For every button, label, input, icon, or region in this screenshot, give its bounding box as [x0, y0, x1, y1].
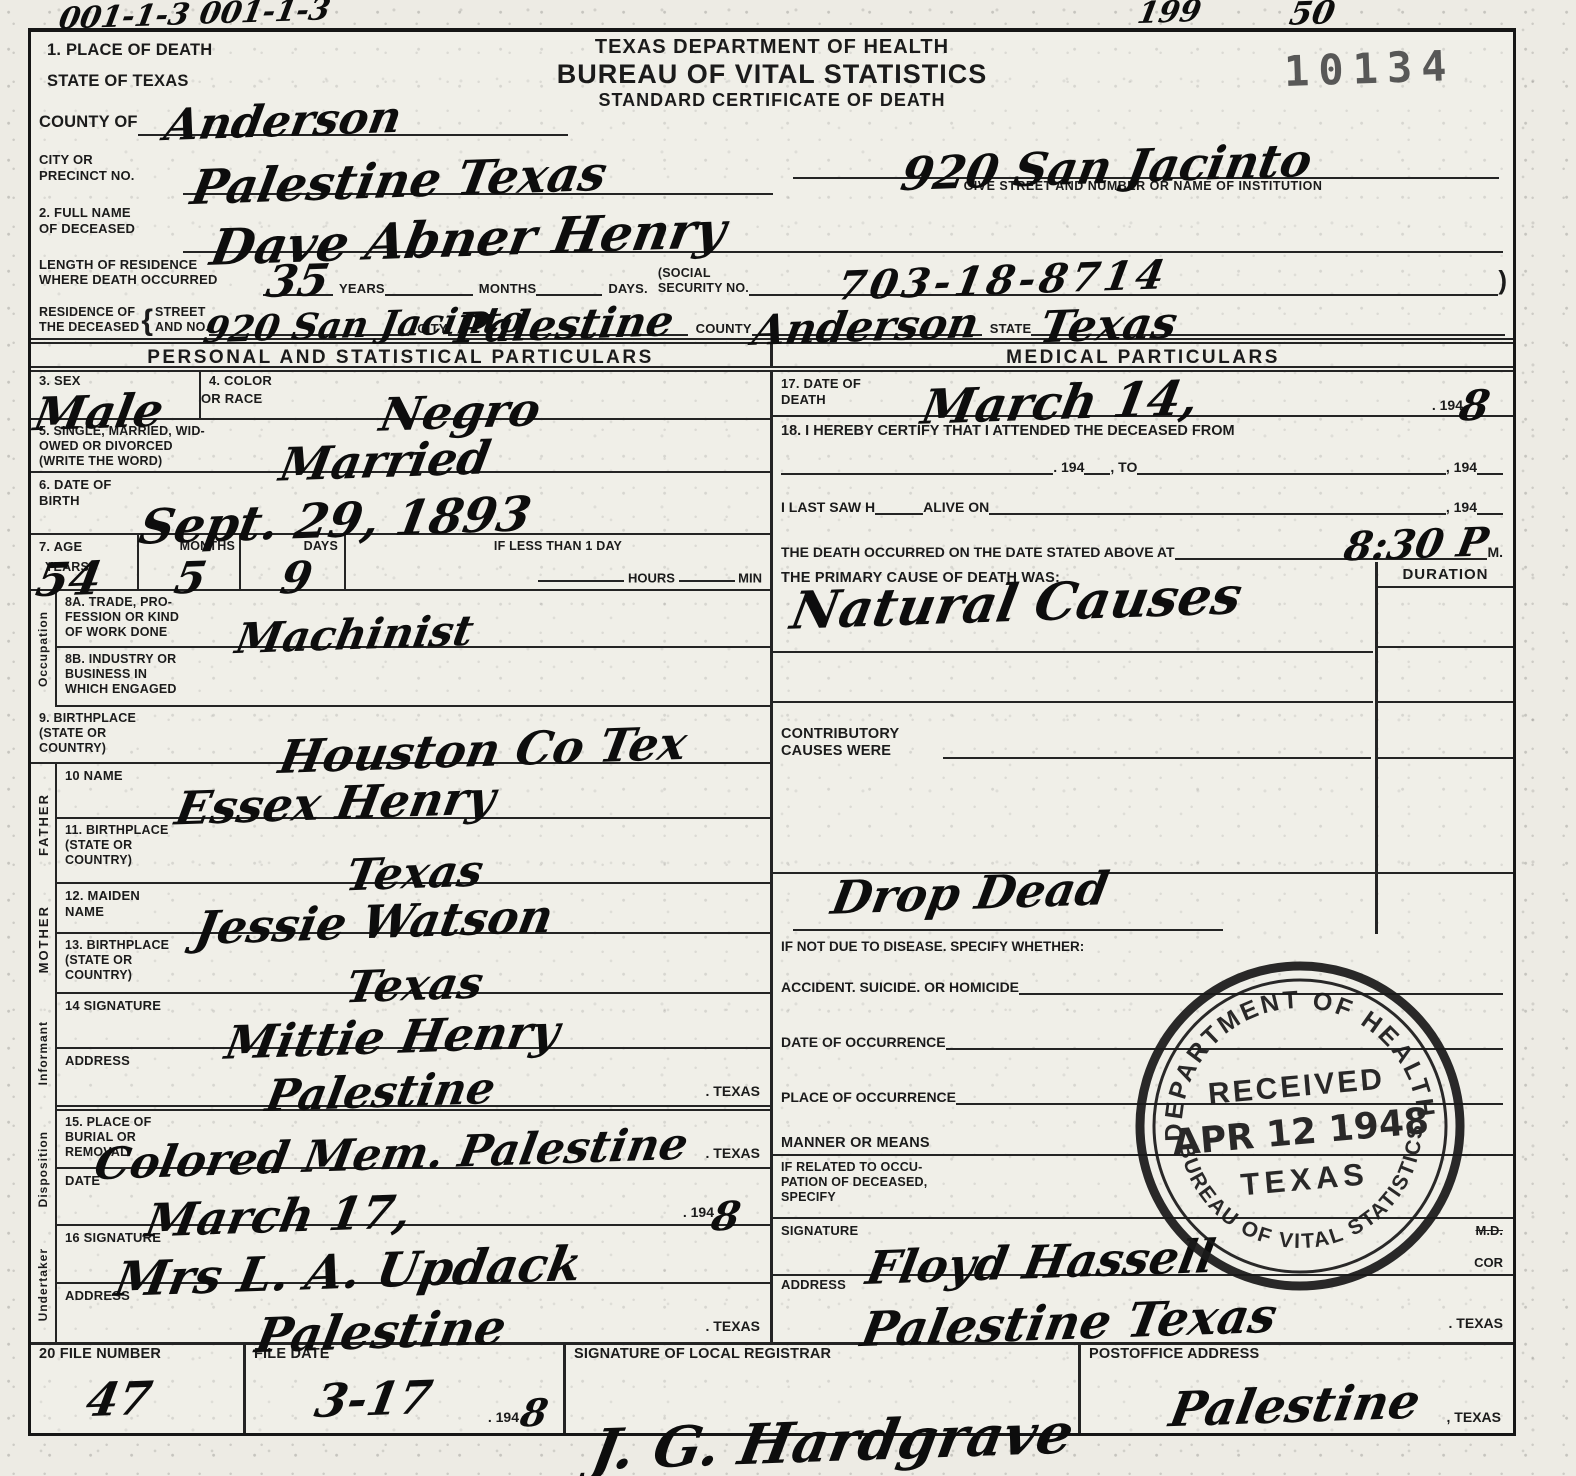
death-occurred-row: THE DEATH OCCURRED ON THE DATE STATED AB…	[773, 519, 1513, 564]
residence-county-handwriting: Anderson	[750, 305, 981, 348]
informant-signature-label: 14 SIGNATURE	[57, 994, 161, 1013]
top-left-code-handwriting: 001-1-3 001-1-3	[57, 0, 332, 32]
informant-address-label: ADDRESS	[57, 1049, 130, 1068]
manner-label: MANNER OR MEANS	[773, 1131, 930, 1154]
birthplace-handwriting: Houston Co Tex	[276, 724, 690, 777]
physician-address-suffix: . TEXAS	[1449, 1315, 1503, 1331]
sex-color-row: 3. SEX Male 4. COLOR OR RACE Negro	[31, 372, 770, 420]
days-blank	[536, 279, 602, 296]
maiden-name-label: 12. MAIDEN NAME	[57, 884, 140, 919]
years-label: YEARS	[333, 281, 385, 296]
father-name-label: 10 NAME	[57, 764, 123, 783]
city-precinct-label: CITY OR PRECINCT NO.	[31, 136, 183, 195]
specify-underline	[793, 929, 1223, 931]
informant-rows: 14 SIGNATURE Mittie Henry ADDRESS Palest…	[57, 994, 770, 1111]
disposition-side-label-cell: Disposition	[31, 1111, 57, 1226]
city-cell: CITY OR PRECINCT NO. Palestine Texas	[31, 136, 773, 195]
stamp-received-text: RECEIVED	[1207, 1062, 1387, 1110]
file-date-year-printed: . 194	[488, 1409, 519, 1425]
top-right-code-b-handwriting: 50	[1287, 0, 1337, 28]
file-date-year-handwriting: 8	[518, 1396, 550, 1429]
father-name-row: 10 NAME Essex Henry	[57, 764, 770, 819]
residence-state-line: Texas	[1031, 306, 1505, 336]
months-label: MONTHS	[473, 281, 537, 296]
residence-street-line: 920 San Jacinto	[209, 306, 409, 336]
last-saw-194: , 194	[1446, 499, 1477, 515]
certify-194a: . 194	[1053, 459, 1084, 475]
informant-side-label-cell: Informant	[31, 994, 57, 1111]
industry-row: 8B. INDUSTRY OR BUSINESS IN WHICH ENGAGE…	[57, 648, 770, 707]
duration-line-4	[1378, 872, 1513, 874]
death-occurred-m-label: M.	[1487, 544, 1503, 560]
informant-side-label: Informant	[36, 1021, 50, 1085]
residence-of-deceased-label: RESIDENCE OF THE DECEASED	[31, 301, 139, 335]
registrar-handwriting: J. G. Hardgrave	[588, 1411, 1077, 1475]
burial-date-handwriting: March 17,	[143, 1193, 414, 1241]
father-side-label: FATHER	[36, 793, 51, 856]
months-blank	[385, 279, 473, 296]
date-of-death-label: 17. DATE OF DEATH	[773, 372, 861, 407]
date-occurrence-label: DATE OF OCCURRENCE	[781, 1034, 946, 1050]
father-birthplace-label: 11. BIRTHPLACE (STATE OR COUNTRY)	[57, 819, 169, 867]
place-occurrence-label: PLACE OF OCCURRENCE	[781, 1089, 956, 1105]
undertaker-address-handwriting: Palestine	[253, 1307, 509, 1356]
father-rows: 10 NAME Essex Henry 11. BIRTHPLACE (STAT…	[57, 764, 770, 884]
residence-city-line: Palestine	[448, 306, 688, 336]
last-saw-label: I LAST SAW H	[781, 499, 875, 515]
residence-state-handwriting: Texas	[1038, 305, 1181, 347]
cause-line-2	[773, 701, 1373, 703]
color-race-handwriting: Negro	[377, 391, 543, 436]
primary-cause-area: THE PRIMARY CAUSE OF DEATH WAS: Natural …	[773, 564, 1513, 931]
burial-row: 15. PLACE OF BURIAL OR REMOVAL Colored M…	[57, 1111, 770, 1169]
certify-to: , TO	[1110, 459, 1137, 475]
ssn-label: (SOCIAL SECURITY NO.	[648, 266, 749, 296]
occupation-side-label-cell: Occupation	[31, 591, 57, 707]
related-occupation-label: IF RELATED TO OCCU- PATION OF DECEASED, …	[773, 1156, 927, 1204]
county-value-line: Anderson	[138, 105, 568, 137]
date-of-death-year-handwriting: 8	[1456, 387, 1492, 424]
death-occurred-label: THE DEATH OCCURRED ON THE DATE STATED AB…	[781, 544, 1175, 560]
date-of-death-handwriting: March 14,	[918, 378, 1201, 428]
informant-address-suffix: . TEXAS	[706, 1083, 760, 1099]
sex-value-handwriting: Male	[31, 391, 166, 435]
file-number-handwriting: 47	[83, 1379, 154, 1420]
county-value-handwriting: Anderson	[162, 99, 404, 145]
death-time-handwriting: 8:30 P	[1342, 526, 1491, 565]
date-of-birth-label: 6. DATE OF BIRTH	[31, 473, 112, 508]
last-saw-row: I LAST SAW H ALIVE ON , 194	[773, 479, 1513, 519]
undertaker-side-label-cell: Undertaker	[31, 1226, 57, 1342]
certify-194b: , 194	[1446, 459, 1477, 475]
personal-column: 3. SEX Male 4. COLOR OR RACE Negro 5. SI…	[31, 372, 773, 1342]
specify-handwriting: Drop Dead	[829, 870, 1112, 919]
stamp-state-text: TEXAS	[1239, 1156, 1370, 1202]
residence-city-handwriting: Palestine	[452, 303, 676, 346]
county-label: COUNTY OF	[31, 105, 138, 137]
street-value-handwriting: 920 San Jacinto	[898, 141, 1315, 194]
age-hours-label: HOURS	[628, 570, 675, 585]
days-label: DAYS.	[602, 281, 648, 296]
certify-blank-1	[781, 461, 1053, 476]
min-blank	[679, 569, 735, 583]
contributory-line	[943, 757, 1371, 759]
certificate-number-stamp: 10134	[1283, 41, 1456, 96]
street-cell: 920 San Jacinto GIVE STREET AND NUMBER O…	[773, 136, 1513, 195]
father-group: FATHER 10 NAME Essex Henry 11. BIRTHPLAC…	[31, 764, 770, 884]
file-date-handwriting: 3-17	[312, 1378, 435, 1421]
full-name-label: 2. FULL NAME OF DECEASED	[31, 195, 183, 252]
father-birthplace-row: 11. BIRTHPLACE (STATE OR COUNTRY) Texas	[57, 819, 770, 884]
ssn-line: 703-18-8714	[749, 270, 1498, 296]
birthplace-label: 9. BIRTHPLACE (STATE OR COUNTRY)	[31, 707, 136, 755]
physician-address-label: ADDRESS	[773, 1273, 846, 1292]
industry-label: 8B. INDUSTRY OR BUSINESS IN WHICH ENGAGE…	[57, 648, 177, 696]
last-saw-blank-2	[989, 501, 1446, 516]
received-stamp: DEPARTMENT OF HEALTH BUREAU OF VITAL STA…	[1130, 956, 1470, 1296]
father-birthplace-handwriting: Texas	[343, 853, 486, 895]
residence-street-label: STREET AND NO.	[155, 301, 209, 335]
residence-years-line: 35	[263, 270, 333, 296]
hours-blank	[538, 569, 624, 583]
age-years-cell: 7. AGE YEARS 54	[31, 535, 139, 589]
postoffice-handwriting: Palestine	[1167, 1382, 1423, 1431]
primary-cause-handwriting: Natural Causes	[788, 575, 1245, 635]
mother-birthplace-handwriting: Texas	[343, 965, 486, 1007]
disposition-side-label: Disposition	[36, 1131, 50, 1207]
certify-blank-3	[1137, 461, 1446, 476]
informant-group: Informant 14 SIGNATURE Mittie Henry ADDR…	[31, 994, 770, 1111]
file-number-label: 20 FILE NUMBER	[31, 1342, 161, 1362]
age-years-handwriting: 54	[33, 559, 104, 600]
marital-handwriting: Married	[277, 439, 493, 485]
certify-blank-4	[1477, 461, 1503, 476]
registrar-label: SIGNATURE OF LOCAL REGISTRAR	[566, 1342, 831, 1362]
undertaker-address-suffix: . TEXAS	[706, 1318, 760, 1334]
occupation-side-label: Occupation	[36, 611, 50, 687]
undertaker-signature-handwriting: Mrs L. A. Updack	[112, 1244, 585, 1301]
birthplace-row: 9. BIRTHPLACE (STATE OR COUNTRY) Houston…	[31, 707, 770, 764]
mother-side-label-cell: MOTHER	[31, 884, 57, 994]
undertaker-side-label: Undertaker	[36, 1248, 50, 1321]
occupation-rows: 8A. TRADE, PRO- FESSION OR KIND OF WORK …	[57, 591, 770, 707]
residence-brace: {	[139, 306, 155, 336]
street-value-line: 920 San Jacinto	[793, 136, 1499, 179]
residence-county-label: COUNTY	[688, 317, 752, 336]
postoffice-suffix: , TEXAS	[1447, 1409, 1501, 1425]
age-hours-min-line: HOURS MIN	[538, 569, 762, 586]
duration-line-3	[1378, 757, 1513, 759]
informant-signature-handwriting: Mittie Henry	[222, 1013, 562, 1064]
residence-years-handwriting: 35	[263, 261, 331, 301]
informant-address-handwriting: Palestine	[263, 1070, 498, 1115]
mother-side-label: MOTHER	[36, 905, 51, 973]
contributory-label: CONTRIBUTORY CAUSES WERE	[773, 722, 899, 760]
ssn-close-paren: )	[1498, 265, 1507, 296]
file-number-cell: 20 FILE NUMBER 47	[31, 1345, 246, 1433]
certify-blank-2	[1084, 461, 1110, 476]
accident-label: ACCIDENT. SUICIDE. OR HOMICIDE	[781, 979, 1019, 995]
mother-rows: 12. MAIDEN NAME Jessie Watson 13. BIRTHP…	[57, 884, 770, 994]
ssn-handwriting: 703-18-8714	[835, 258, 1171, 303]
physician-cor-label: COR	[1474, 1255, 1503, 1270]
sex-cell: 3. SEX Male	[31, 372, 201, 418]
residence-county-line: Anderson	[752, 306, 982, 336]
last-saw-blank-3	[1477, 501, 1503, 516]
father-name-handwriting: Essex Henry	[172, 779, 498, 829]
mother-birthplace-label: 13. BIRTHPLACE (STATE OR COUNTRY)	[57, 934, 169, 982]
duration-line-1	[1378, 646, 1513, 648]
residence-state-label: STATE	[982, 317, 1032, 336]
father-side-label-cell: FATHER	[31, 764, 57, 884]
city-value-handwriting: Palestine Texas	[188, 154, 610, 209]
certificate-header: 1. PLACE OF DEATH STATE OF TEXAS TEXAS D…	[31, 32, 1513, 105]
certify-blanks-row: . 194 , TO , 194	[773, 445, 1513, 479]
burial-suffix: . TEXAS	[706, 1145, 760, 1161]
mother-group: MOTHER 12. MAIDEN NAME Jessie Watson 13.…	[31, 884, 770, 994]
disposition-group: Disposition 15. PLACE OF BURIAL OR REMOV…	[31, 1111, 770, 1226]
duration-line-2	[1378, 701, 1513, 703]
trade-row: 8A. TRADE, PRO- FESSION OR KIND OF WORK …	[57, 591, 770, 648]
burial-year-printed: . 194	[683, 1204, 714, 1220]
last-saw-blank-1	[875, 501, 923, 516]
disposition-rows: 15. PLACE OF BURIAL OR REMOVAL Colored M…	[57, 1111, 770, 1226]
duration-box: DURATION	[1375, 562, 1513, 934]
physician-address-handwriting: Palestine Texas	[858, 1295, 1280, 1350]
date-of-birth-handwriting: Sept. 29, 1893	[136, 494, 534, 548]
residence-row: RESIDENCE OF THE DECEASED { STREET AND N…	[31, 300, 1513, 344]
age-min-label: MIN	[738, 570, 762, 585]
maiden-name-handwriting: Jessie Watson	[192, 897, 556, 948]
alive-on-label: ALIVE ON	[923, 499, 989, 515]
postoffice-cell: POSTOFFICE ADDRESS Palestine , TEXAS	[1081, 1345, 1513, 1433]
registrar-cell: SIGNATURE OF LOCAL REGISTRAR J. G. Hardg…	[566, 1345, 1081, 1433]
death-occurred-blank: 8:30 P	[1175, 546, 1488, 561]
top-right-code-a-handwriting: 199	[1136, 0, 1204, 27]
personal-section-title: PERSONAL AND STATISTICAL PARTICULARS	[31, 344, 773, 366]
color-race-cell: 4. COLOR OR RACE Negro	[201, 372, 770, 418]
physician-signature-label: SIGNATURE	[773, 1219, 858, 1238]
date-of-death-row: 17. DATE OF DEATH March 14, . 194 8	[773, 372, 1513, 417]
physician-md-label: M.D.	[1476, 1223, 1503, 1238]
trade-handwriting: Machinist	[233, 613, 476, 657]
county-row: COUNTY OF Anderson	[31, 105, 1513, 137]
occupation-group: Occupation 8A. TRADE, PRO- FESSION OR KI…	[31, 591, 770, 707]
color-race-label: 4. COLOR OR RACE	[201, 369, 272, 406]
cause-line-1	[773, 651, 1373, 653]
